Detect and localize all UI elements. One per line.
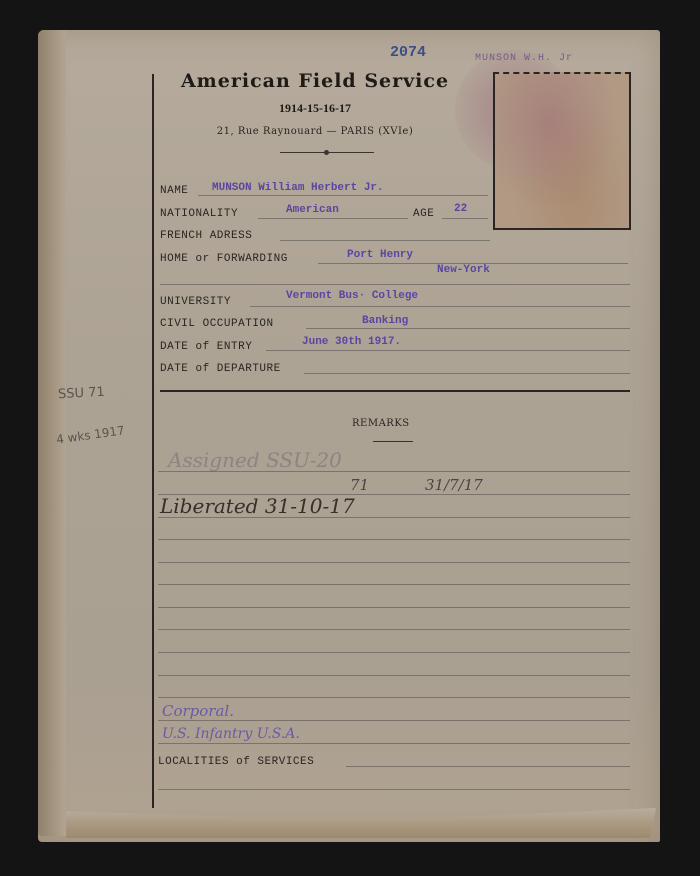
home-value-line2: New-York <box>437 264 490 276</box>
remarks-line <box>158 720 630 721</box>
document-title: American Field Service <box>150 70 480 92</box>
university-value: Vermont Bus· College <box>286 290 418 302</box>
university-label: UNIVERSITY <box>160 296 231 308</box>
civil-occupation-value: Banking <box>362 315 408 327</box>
localities-label: LOCALITIES of SERVICES <box>158 756 314 768</box>
remarks-line <box>158 517 630 518</box>
french-address-label: FRENCH ADRESS <box>160 230 252 242</box>
handwritten-liberated: Liberated 31-10-17 <box>160 494 355 518</box>
remarks-line <box>158 471 630 472</box>
handwritten-transfer-unit: 71 <box>350 476 369 494</box>
handwritten-infantry: U.S. Infantry U.S.A. <box>162 726 300 742</box>
remarks-line <box>158 743 630 744</box>
age-value: 22 <box>454 203 467 215</box>
handwritten-corporal: Corporal. <box>162 702 234 720</box>
date-of-departure-label: DATE of DEPARTURE <box>160 363 281 375</box>
nationality-rule <box>258 218 408 219</box>
name-rule <box>198 195 488 196</box>
nationality-value: American <box>286 204 339 216</box>
date-of-entry-value: June 30th 1917. <box>302 336 401 348</box>
name-label: NAME <box>160 185 188 197</box>
age-label: AGE <box>413 208 434 220</box>
remarks-line <box>158 607 630 608</box>
remarks-line <box>158 629 630 630</box>
handwritten-assigned: Assigned SSU-20 <box>168 448 342 472</box>
remarks-heading: REMARKS <box>352 418 410 429</box>
remarks-ornament <box>373 441 413 442</box>
localities-rule-2 <box>158 789 630 790</box>
remarks-line <box>158 494 630 495</box>
remarks-line <box>158 584 630 585</box>
home-value-line1: Port Henry <box>347 249 413 261</box>
age-rule <box>442 218 488 219</box>
remarks-line <box>158 539 630 540</box>
nationality-label: NATIONALITY <box>160 208 238 220</box>
university-rule <box>250 306 630 307</box>
home-label: HOME or FORWARDING <box>160 253 288 265</box>
remarks-line <box>158 675 630 676</box>
margin-rule <box>152 74 154 808</box>
handwritten-transfer-date: 31/7/17 <box>425 476 483 494</box>
date-of-entry-rule <box>266 350 630 351</box>
remarks-line <box>158 562 630 563</box>
title-ornament <box>280 152 374 153</box>
photo-name-stamp: MUNSON W.H. Jr <box>475 53 573 64</box>
name-value: MUNSON William Herbert Jr. <box>212 182 384 194</box>
date-of-departure-rule <box>304 373 630 374</box>
file-number-stamp: 2074 <box>390 44 426 61</box>
date-of-entry-label: DATE of ENTRY <box>160 341 252 353</box>
remarks-line <box>158 652 630 653</box>
remarks-line <box>158 697 630 698</box>
civil-occupation-rule <box>306 328 630 329</box>
civil-occupation-label: CIVIL OCCUPATION <box>160 318 274 330</box>
document-years: 1914-15-16-17 <box>150 101 480 116</box>
photo-placeholder <box>493 72 631 230</box>
french-address-rule <box>280 240 490 241</box>
section-divider <box>160 390 630 392</box>
localities-rule <box>346 766 630 767</box>
margin-note-unit: SSU 71 <box>58 385 105 402</box>
home-rule-2 <box>160 284 630 285</box>
document-address: 21, Rue Raynouard — PARIS (XVIe) <box>150 126 480 137</box>
